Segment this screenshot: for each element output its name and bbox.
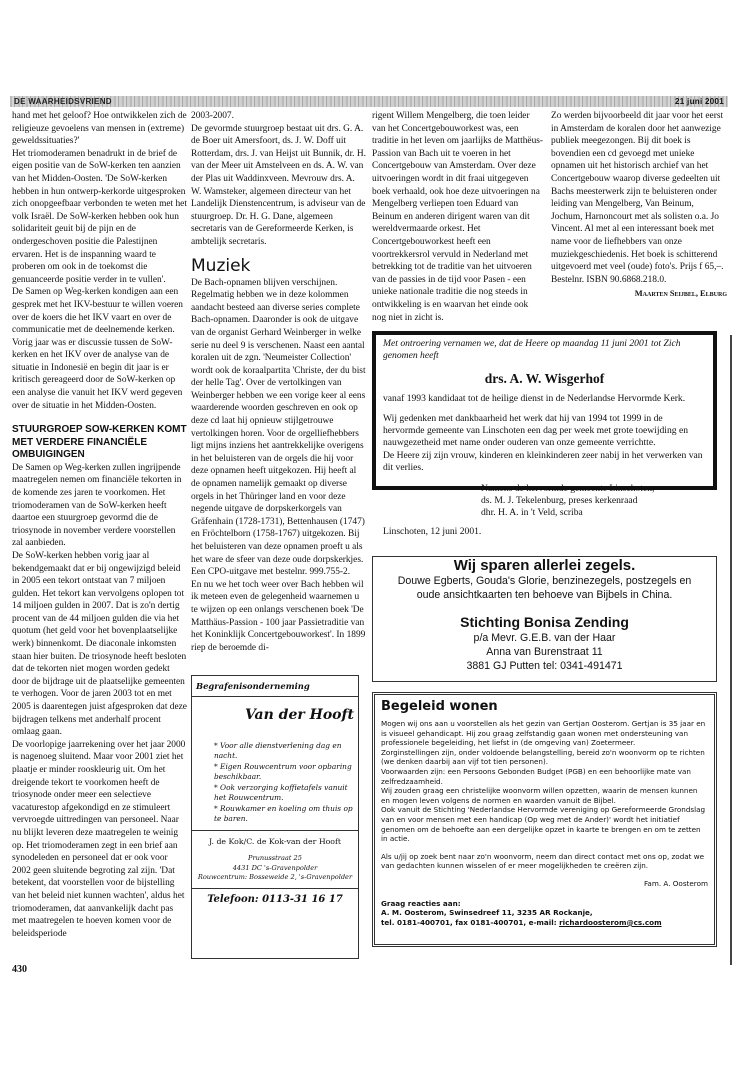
obituary-signatory: Namens de hervormde gemeente Linschoten, xyxy=(481,483,706,495)
issue-date: 21 juni 2001 xyxy=(675,96,724,107)
header-bar xyxy=(10,96,728,107)
supported-living-ad: Begeleid wonen Mogen wij ons aan u voors… xyxy=(372,692,717,947)
page-number: 430 xyxy=(12,964,27,975)
stamps-ad-line: oude ansichtkaarten ten behoeve van Bijb… xyxy=(373,588,716,602)
funeral-ad-address: Prunusstraat 25 4431 DC 's-Gravenpolder … xyxy=(192,850,358,888)
paragraph: Zorginstellingen zijn, onder voldoende b… xyxy=(381,748,708,767)
funeral-ad-services: Voor alle dienstverlening dag en nacht. … xyxy=(214,741,358,824)
address-line: Rouwcentrum: Bosseweide 2, 's-Gravenpold… xyxy=(192,873,358,883)
paragraph: Als u/jij op zoek bent naar zo'n woonvor… xyxy=(381,852,708,871)
paragraph: 2003-2007. xyxy=(191,110,367,123)
paragraph: En nu we het toch weer over Bach hebben … xyxy=(191,579,367,655)
service-item: Voor alle dienstverlening dag en nacht. xyxy=(214,741,358,761)
family-signature: Fam. A. Oosterom xyxy=(381,879,708,889)
obituary-name: drs. A. W. Wisgerhof xyxy=(383,373,706,385)
obituary-signatory: ds. M. J. Tekelenburg, preses kerkenraad xyxy=(481,495,706,507)
stamps-ad-org: Stichting Bonisa Zending xyxy=(373,614,716,631)
funeral-home-ad: Begrafenisonderneming Van der Hooft Voor… xyxy=(191,675,359,959)
section-heading: Stuurgroep SoW-kerken komt met verdere f… xyxy=(12,424,187,462)
paragraph: hand met het geloof? Hoe ontwikkelen zic… xyxy=(12,110,187,148)
paragraph: De Samen op Weg-kerken kondigen aan een … xyxy=(12,286,187,412)
paragraph: De gevormde stuurgroep bestaat uit drs. … xyxy=(191,123,367,249)
paragraph: Ook vanuit de Stichting 'Nederlandse Her… xyxy=(381,805,708,843)
stamps-ad: Wij sparen allerlei zegels. Douwe Egbert… xyxy=(372,556,717,682)
supported-living-title: Begeleid wonen xyxy=(381,698,708,716)
column-4: Zo werden bijvoorbeeld dit jaar voor het… xyxy=(551,110,727,301)
section-heading-muziek: Muziek xyxy=(191,255,367,277)
obituary-line: De Heere zij zijn vrouw, kinderen en kle… xyxy=(383,450,706,475)
paragraph: De voorlopige jaarrekening over het jaar… xyxy=(12,739,187,941)
stamps-ad-address: 3881 GJ Putten tel: 0341-491471 xyxy=(373,659,716,673)
funeral-ad-header: Begrafenisonderneming xyxy=(192,676,358,697)
page-edge-rule xyxy=(730,335,732,965)
stamps-ad-line: Douwe Egberts, Gouda's Glorie, benzineze… xyxy=(373,574,716,588)
obituary-signatory: dhr. H. A. in 't Veld, scriba xyxy=(481,507,706,519)
address-line: 4431 DC 's-Gravenpolder xyxy=(192,864,358,874)
column-3: rigent Willem Mengelberg, die toen leide… xyxy=(372,110,544,324)
obituary-intro: Met ontroering vernamen we, dat de Heere… xyxy=(383,338,706,363)
paragraph: Het triomoderamen benadrukt in de brief … xyxy=(12,148,187,287)
column-2: 2003-2007. De gevormde stuurgroep bestaa… xyxy=(191,110,367,654)
service-item: Eigen Rouwcentrum voor opbaring beschikb… xyxy=(214,762,358,782)
obituary-notice: Met ontroering vernamen we, dat de Heere… xyxy=(372,331,717,490)
paragraph: Voorwaarden zijn: een Persoons Gebonden … xyxy=(381,767,708,786)
stamps-ad-address: Anna van Burenstraat 11 xyxy=(373,645,716,659)
paragraph: Wij zouden graag een christelijke woonvo… xyxy=(381,786,708,805)
author-signature: Maarten Seijbel, Elburg xyxy=(551,288,727,301)
obituary-line: vanaf 1993 kandidaat tot de heilige dien… xyxy=(383,393,706,405)
stamps-ad-title: Wij sparen allerlei zegels. xyxy=(373,557,716,574)
paragraph: rigent Willem Mengelberg, die toen leide… xyxy=(372,110,544,324)
funeral-ad-owners: J. de Kok/C. de Kok-van der Hooft xyxy=(192,830,358,850)
paragraph: De Samen op Weg-kerken zullen ingrijpend… xyxy=(12,462,187,550)
contact-phone-line: tel. 0181-400701, fax 0181-400701, e-mai… xyxy=(381,918,708,928)
funeral-ad-phone: Telefoon: 0113-31 16 17 xyxy=(192,888,358,910)
paragraph: De SoW-kerken hebben vorig jaar al beken… xyxy=(12,550,187,739)
obituary-place-date: Linschoten, 12 juni 2001. xyxy=(383,526,706,538)
service-item: Rouwkamer en koeling om thuis op te bare… xyxy=(214,804,358,824)
masthead: De Waarheidsvriend xyxy=(14,96,112,107)
paragraph: Mogen wij ons aan u voorstellen als het … xyxy=(381,719,708,748)
funeral-ad-brand: Van der Hooft xyxy=(192,697,358,723)
contact-phone: tel. 0181-400701, fax 0181-400701, e-mai… xyxy=(381,918,559,927)
contact-heading: Graag reacties aan: xyxy=(381,899,708,909)
column-1: hand met het geloof? Hoe ontwikkelen zic… xyxy=(12,110,187,940)
service-item: Ook verzorging koffietafels vanuit het R… xyxy=(214,783,358,803)
obituary-line: Wij gedenken met dankbaarheid het werk d… xyxy=(383,413,706,450)
stamps-ad-address: p/a Mevr. G.E.B. van der Haar xyxy=(373,631,716,645)
contact-address: A. M. Oosterom, Swinsedreef 11, 3235 AR … xyxy=(381,908,708,918)
email-link[interactable]: richardoosterom@cs.com xyxy=(559,918,662,927)
paragraph: De Bach-opnamen blijven verschijnen. Reg… xyxy=(191,277,367,579)
paragraph: Zo werden bijvoorbeeld dit jaar voor het… xyxy=(551,110,727,286)
address-line: Prunusstraat 25 xyxy=(192,854,358,864)
